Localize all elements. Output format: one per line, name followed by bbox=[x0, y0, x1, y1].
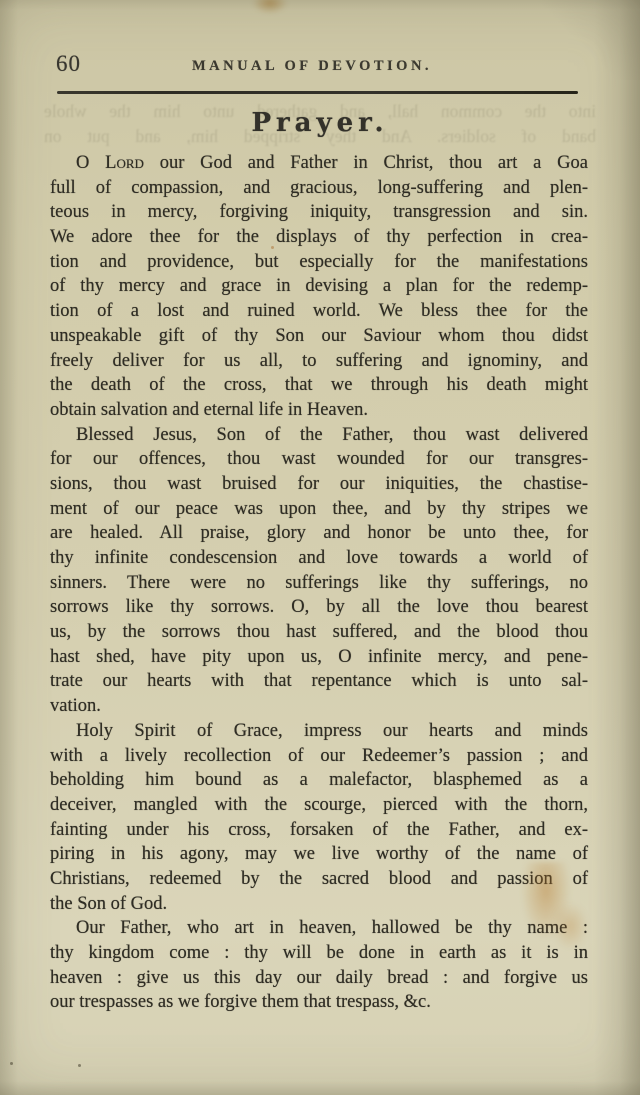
text-line: the Son of God. bbox=[50, 892, 588, 917]
text-line: us, by the sorrows thou hast suffered, a… bbox=[50, 620, 588, 645]
ink-speck bbox=[271, 246, 274, 249]
text-line: freely deliver for us all, to suffering … bbox=[50, 349, 588, 374]
text-line: of thy mercy and grace in devising a pla… bbox=[50, 274, 588, 299]
ink-speck bbox=[78, 1064, 81, 1067]
text-line: Blessed Jesus, Son of the Father, thou w… bbox=[50, 423, 588, 448]
text-line: obtain salvation and eternal life in Hea… bbox=[50, 398, 588, 423]
text-line: tion of a lost and ruined world. We bles… bbox=[50, 299, 588, 324]
text-line: sions, thou wast bruised for our iniquit… bbox=[50, 472, 588, 497]
text-line: O Lord our God and Father in Christ, tho… bbox=[50, 151, 588, 176]
text-line: tion and providence, but especially for … bbox=[50, 250, 588, 275]
text-line: thy infinite condescension and love towa… bbox=[50, 546, 588, 571]
text-line: trate our hearts with that repentance wh… bbox=[50, 669, 588, 694]
text-line: hast shed, have pity upon us, O infinite… bbox=[50, 645, 588, 670]
text-line: teous in mercy, forgiving iniquity, tran… bbox=[50, 200, 588, 225]
text-line: sinners. There were no sufferings like t… bbox=[50, 571, 588, 596]
text-line: our trespasses as we forgive them that t… bbox=[50, 990, 588, 1015]
section-heading: Prayer. bbox=[0, 108, 640, 138]
text-line: beholding him bound as a malefactor, bla… bbox=[50, 768, 588, 793]
text-line: thy kingdom come : thy will be done in e… bbox=[50, 941, 588, 966]
header-rule bbox=[57, 91, 578, 94]
ink-speck bbox=[10, 1062, 13, 1065]
text-line: sorrows like thy sorrows. O, by all the … bbox=[50, 595, 588, 620]
text-line: with a lively recollection of our Redeem… bbox=[50, 744, 588, 769]
text-line: the death of the cross, that we through … bbox=[50, 373, 588, 398]
page-edge-left bbox=[0, 0, 18, 1095]
page-edge-bottom bbox=[0, 1081, 640, 1095]
text-line: Holy Spirit of Grace, impress our hearts… bbox=[50, 719, 588, 744]
book-page: 60 MANUAL OF DEVOTION. into the common h… bbox=[0, 0, 640, 1095]
text-line: heaven : give us this day our daily brea… bbox=[50, 966, 588, 991]
running-title: MANUAL OF DEVOTION. bbox=[0, 58, 624, 75]
text-line: We adore thee for the displays of thy pe… bbox=[50, 225, 588, 250]
body-text: O Lord our God and Father in Christ, tho… bbox=[50, 151, 588, 1015]
text-line: deceiver, mangled with the scourge, pier… bbox=[50, 793, 588, 818]
text-line: fainting under his cross, forsaken of th… bbox=[50, 818, 588, 843]
text-line: Our Father, who art in heaven, hallowed … bbox=[50, 916, 588, 941]
text-line: are healed. All praise, glory and honor … bbox=[50, 521, 588, 546]
text-line: vation. bbox=[50, 694, 588, 719]
text-line: for our offences, thou wast wounded for … bbox=[50, 447, 588, 472]
text-line: unspeakable gift of thy Son our Saviour … bbox=[50, 324, 588, 349]
text-line: piring in his agony, may we live worthy … bbox=[50, 842, 588, 867]
text-line: ment of our peace was upon thee, and by … bbox=[50, 497, 588, 522]
text-line: Christians, redeemed by the sacred blood… bbox=[50, 867, 588, 892]
text-line: full of compassion, and gracious, long-s… bbox=[50, 176, 588, 201]
page-edge-right bbox=[594, 0, 640, 1095]
